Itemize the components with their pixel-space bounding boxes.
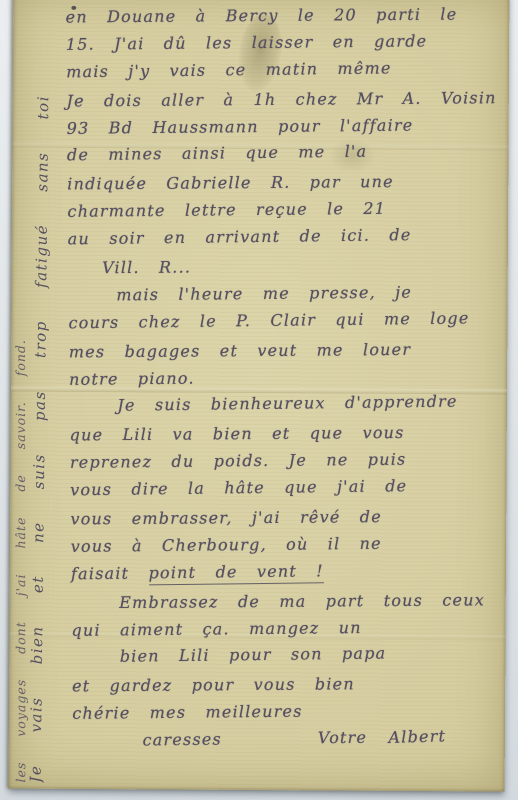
letter-line: mes bagages et veut me louer [11,335,507,367]
letter-line: bien Lili pour son papa [14,638,510,672]
margin-note: les voyages dont j'ai hâte de savoir. fo… [10,7,54,782]
letter-line: Je suis bienheureux d'apprendre [11,387,507,421]
letter-line: de mines ainsi que me l'a [9,136,505,170]
letter-line: vous embrasser, j'ai rêvé de [12,502,508,534]
letter-line: Vill. R... [10,251,506,283]
signature-name: Albert [386,722,453,756]
letter-line-fragment: faisait [71,563,149,583]
letter-line: mais j'y vais ce matin même [8,53,504,87]
letter-line: et gardez pour vous bien [14,670,510,702]
letter-line: Embrassez de ma part tous ceux [13,586,509,618]
letter-body: en Douane à Bercy le 20 parti le 15. J'a… [7,0,510,756]
scanned-letter-photo: en Douane à Bercy le 20 parti le 15. J'a… [0,0,518,800]
signature-line: caressesVotre Albert [14,722,510,756]
letter-line: Je dois aller à 1h chez Mr A. Voisin [8,84,504,116]
letter-line: indiquée Gabrielle R. par une [9,167,505,199]
signature-closing: caresses [142,730,222,750]
letter-paper: en Douane à Bercy le 20 parti le 15. J'a… [9,0,510,792]
letter-line: vous dire la hâte que j'ai de [12,471,508,505]
underlined-phrase: point de vent ! [148,561,324,585]
letter-line: au soir en arrivant de ici. de [10,220,506,254]
letter-line: que Lili va bien et que vous [12,418,508,450]
letter-line: en Douane à Bercy le 20 parti le [8,0,504,32]
signature-valediction: Votre [318,728,367,748]
letter-line: faisait point de vent ! [13,555,509,589]
letter-line: cours chez le P. Clair qui me loge [10,304,506,338]
